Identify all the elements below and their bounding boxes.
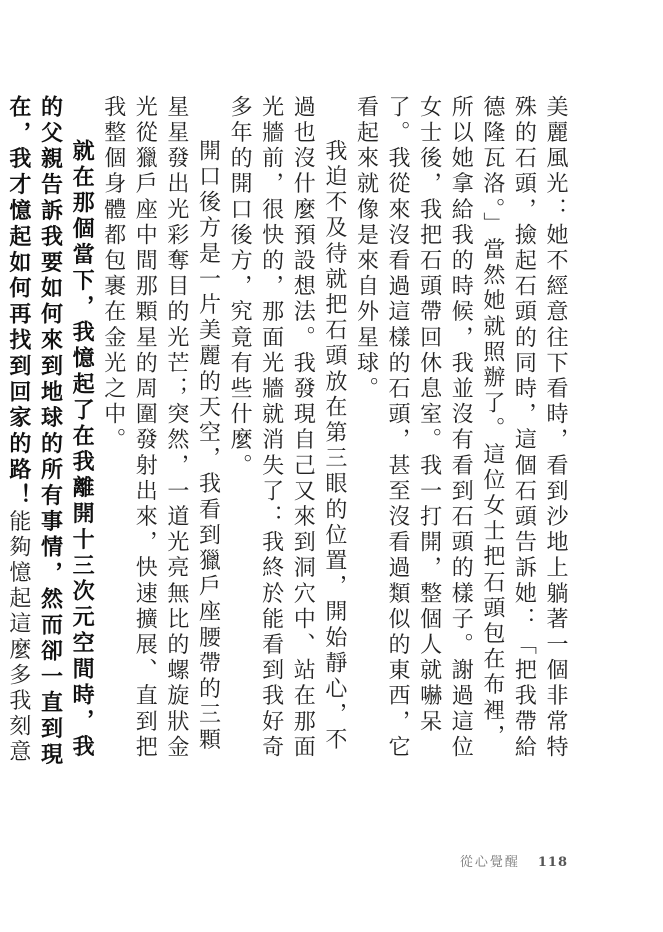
paragraph-3: 開口後方是一片美麗的天空，我看到獵戶座腰帶的三顆星星發出光彩奪目的光芒；突然，一… [97,95,223,775]
page-number: 118 [538,855,568,870]
paragraph-2: 我迫不及待就把石頭放在第三眼的位置，開始靜心，不過也沒什麼預設想法。我發現自己又… [223,95,349,775]
paragraph-1: 美麗風光：她不經意往下看時，看到沙地上躺著一個非常特殊的石頭，撿起石頭的同時，這… [350,95,571,775]
page-footer: 從心覺醒 118 [460,851,568,870]
paragraph-1-text: 美麗風光：她不經意往下看時，看到沙地上躺著一個非常特殊的石頭，撿起石頭的同時，這… [353,95,568,761]
body-text: 美麗風光：她不經意往下看時，看到沙地上躺著一個非常特殊的石頭，撿起石頭的同時，這… [0,95,571,775]
paragraph-3-text: 開口後方是一片美麗的天空，我看到獵戶座腰帶的三顆星星發出光彩奪目的光芒；突然，一… [101,95,221,761]
paragraph-2-text: 我迫不及待就把石頭放在第三眼的位置，開始靜心，不過也沒什麼預設想法。我發現自己又… [227,95,347,761]
paragraph-4: 就在那個當下，我憶起了在我離開十三次元空間時，我的父親告訴我要如何來到地球的所有… [0,95,97,775]
book-page: 美麗風光：她不經意往下看時，看到沙地上躺著一個非常特殊的石頭，撿起石頭的同時，這… [0,0,663,932]
running-title: 從心覺醒 [460,851,520,870]
